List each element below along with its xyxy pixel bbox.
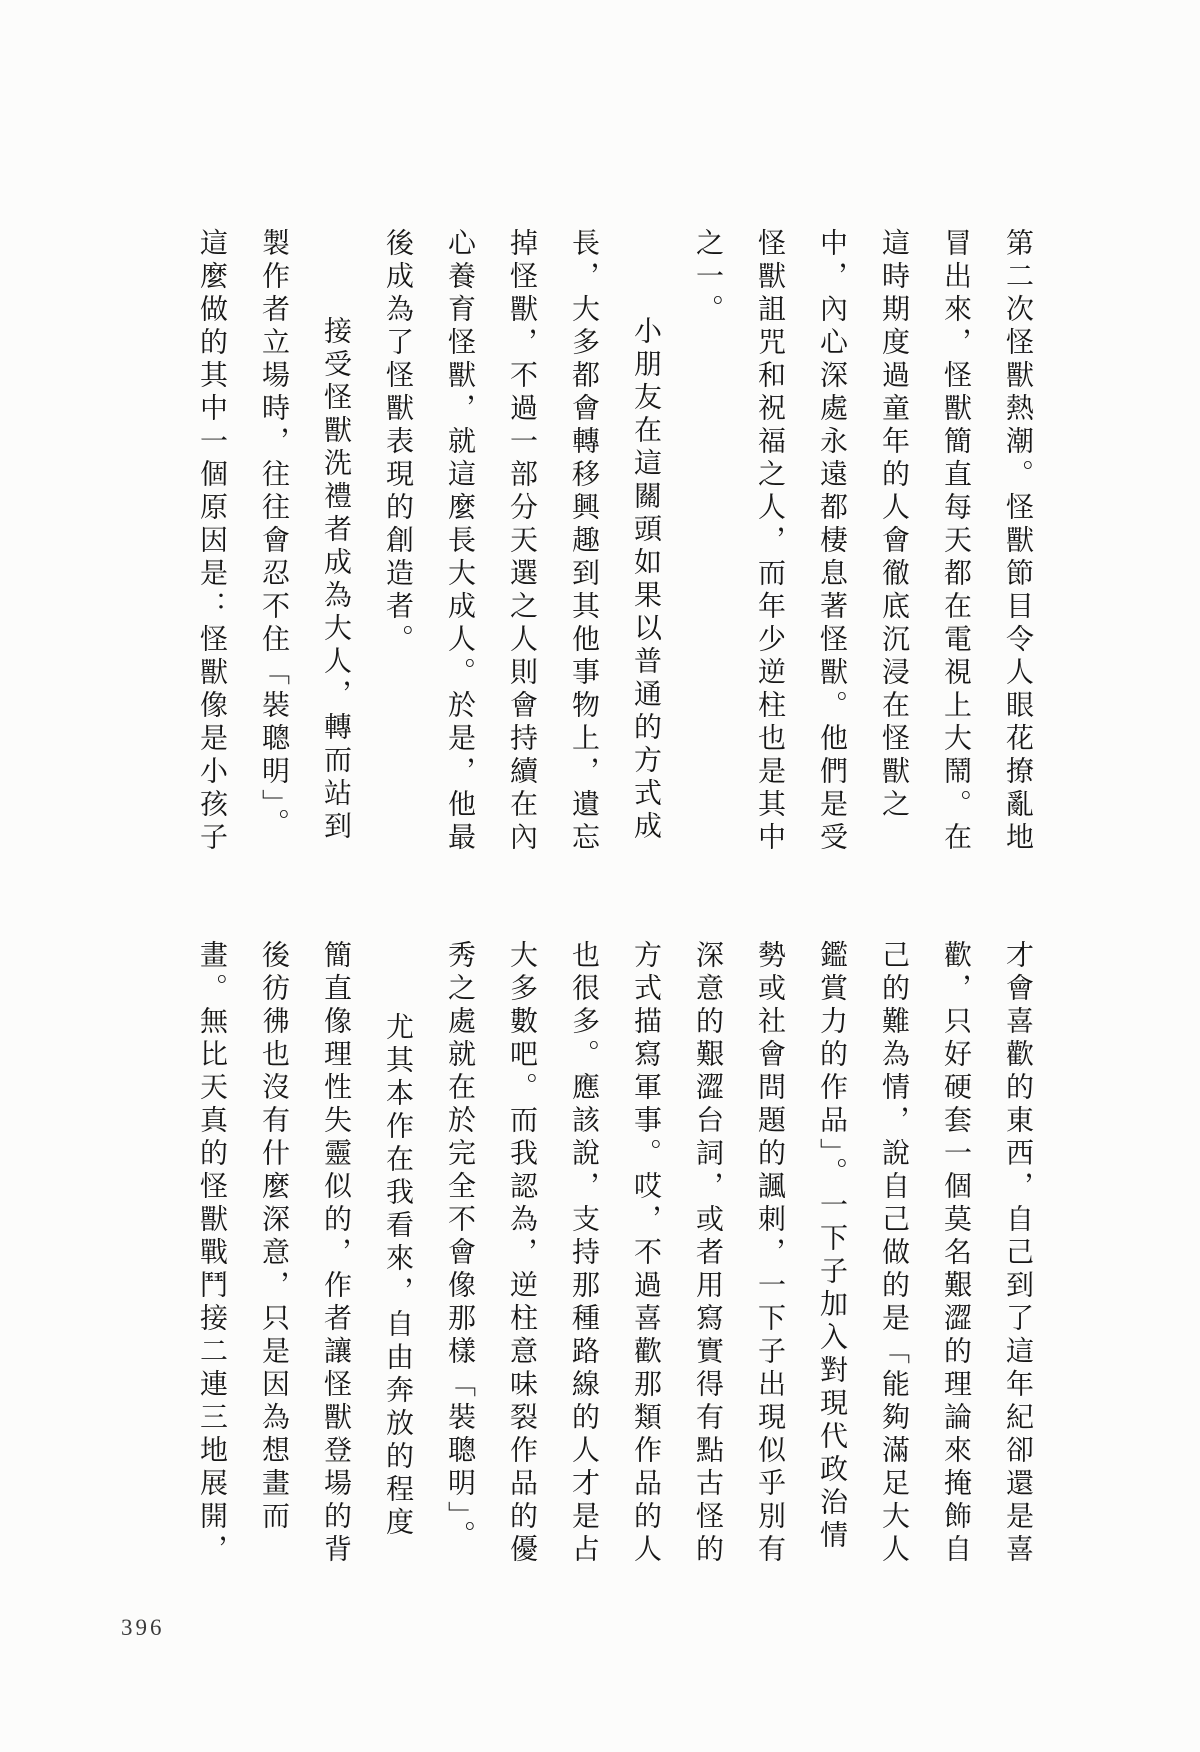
text-column: 勢或社會問題的諷刺，一下子出現似乎別有 (738, 940, 800, 1574)
book-page: 第二次怪獸熱潮。怪獸節目令人眼花撩亂地 冒出來，怪獸簡直每天都在電視上大鬧。在 … (0, 0, 1200, 1752)
text-column: 後彷彿也沒有什麼深意，只是因為想畫而 (242, 940, 304, 1574)
text-column-paragraph-start: 尤其本作在我看來，自由奔放的程度 (366, 940, 428, 1574)
text-column: 簡直像理性失靈似的，作者讓怪獸登場的背 (304, 940, 366, 1574)
text-column-paragraph-start: 接受怪獸洗禮者成為大人，轉而站到 (304, 228, 366, 862)
page-number: 396 (121, 1615, 165, 1641)
text-column: 後成為了怪獸表現的創造者。 (366, 228, 428, 862)
text-column: 怪獸詛咒和祝福之人，而年少逆柱也是其中 (738, 228, 800, 862)
text-column: 心養育怪獸，就這麼長大成人。於是，他最 (428, 228, 490, 862)
text-column: 秀之處就在於完全不會像那樣「裝聰明」。 (428, 940, 490, 1574)
text-column: 製作者立場時，往往會忍不住「裝聰明」。 (242, 228, 304, 862)
text-column: 深意的艱澀台詞，或者用寫實得有點古怪的 (676, 940, 738, 1574)
text-column: 長，大多都會轉移興趣到其他事物上，遺忘 (552, 228, 614, 862)
text-column-paragraph-start: 小朋友在這關頭如果以普通的方式成 (614, 228, 676, 862)
text-column: 之一。 (676, 228, 738, 862)
text-column: 也很多。應該說，支持那種路線的人才是占 (552, 940, 614, 1574)
text-column: 歡，只好硬套一個莫名艱澀的理論來掩飾自 (924, 940, 986, 1574)
text-column: 鑑賞力的作品」。一下子加入對現代政治情 (800, 940, 862, 1574)
text-column: 這時期度過童年的人會徹底沉浸在怪獸之 (862, 228, 924, 862)
text-column: 冒出來，怪獸簡直每天都在電視上大鬧。在 (924, 228, 986, 862)
text-column: 畫。無比天真的怪獸戰鬥接二連三地展開， (180, 940, 242, 1574)
text-column: 大多數吧。而我認為，逆柱意味裂作品的優 (490, 940, 552, 1574)
bottom-text-block: 才會喜歡的東西，自己到了這年紀卻還是喜 歡，只好硬套一個莫名艱澀的理論來掩飾自 … (180, 940, 1048, 1574)
text-column: 第二次怪獸熱潮。怪獸節目令人眼花撩亂地 (986, 228, 1048, 862)
text-column: 這麼做的其中一個原因是：怪獸像是小孩子 (180, 228, 242, 862)
top-text-block: 第二次怪獸熱潮。怪獸節目令人眼花撩亂地 冒出來，怪獸簡直每天都在電視上大鬧。在 … (180, 228, 1048, 862)
text-column: 方式描寫軍事。哎，不過喜歡那類作品的人 (614, 940, 676, 1574)
text-column: 掉怪獸，不過一部分天選之人則會持續在內 (490, 228, 552, 862)
text-column: 才會喜歡的東西，自己到了這年紀卻還是喜 (986, 940, 1048, 1574)
text-column: 己的難為情，說自己做的是「能夠滿足大人 (862, 940, 924, 1574)
text-column: 中，內心深處永遠都棲息著怪獸。他們是受 (800, 228, 862, 862)
